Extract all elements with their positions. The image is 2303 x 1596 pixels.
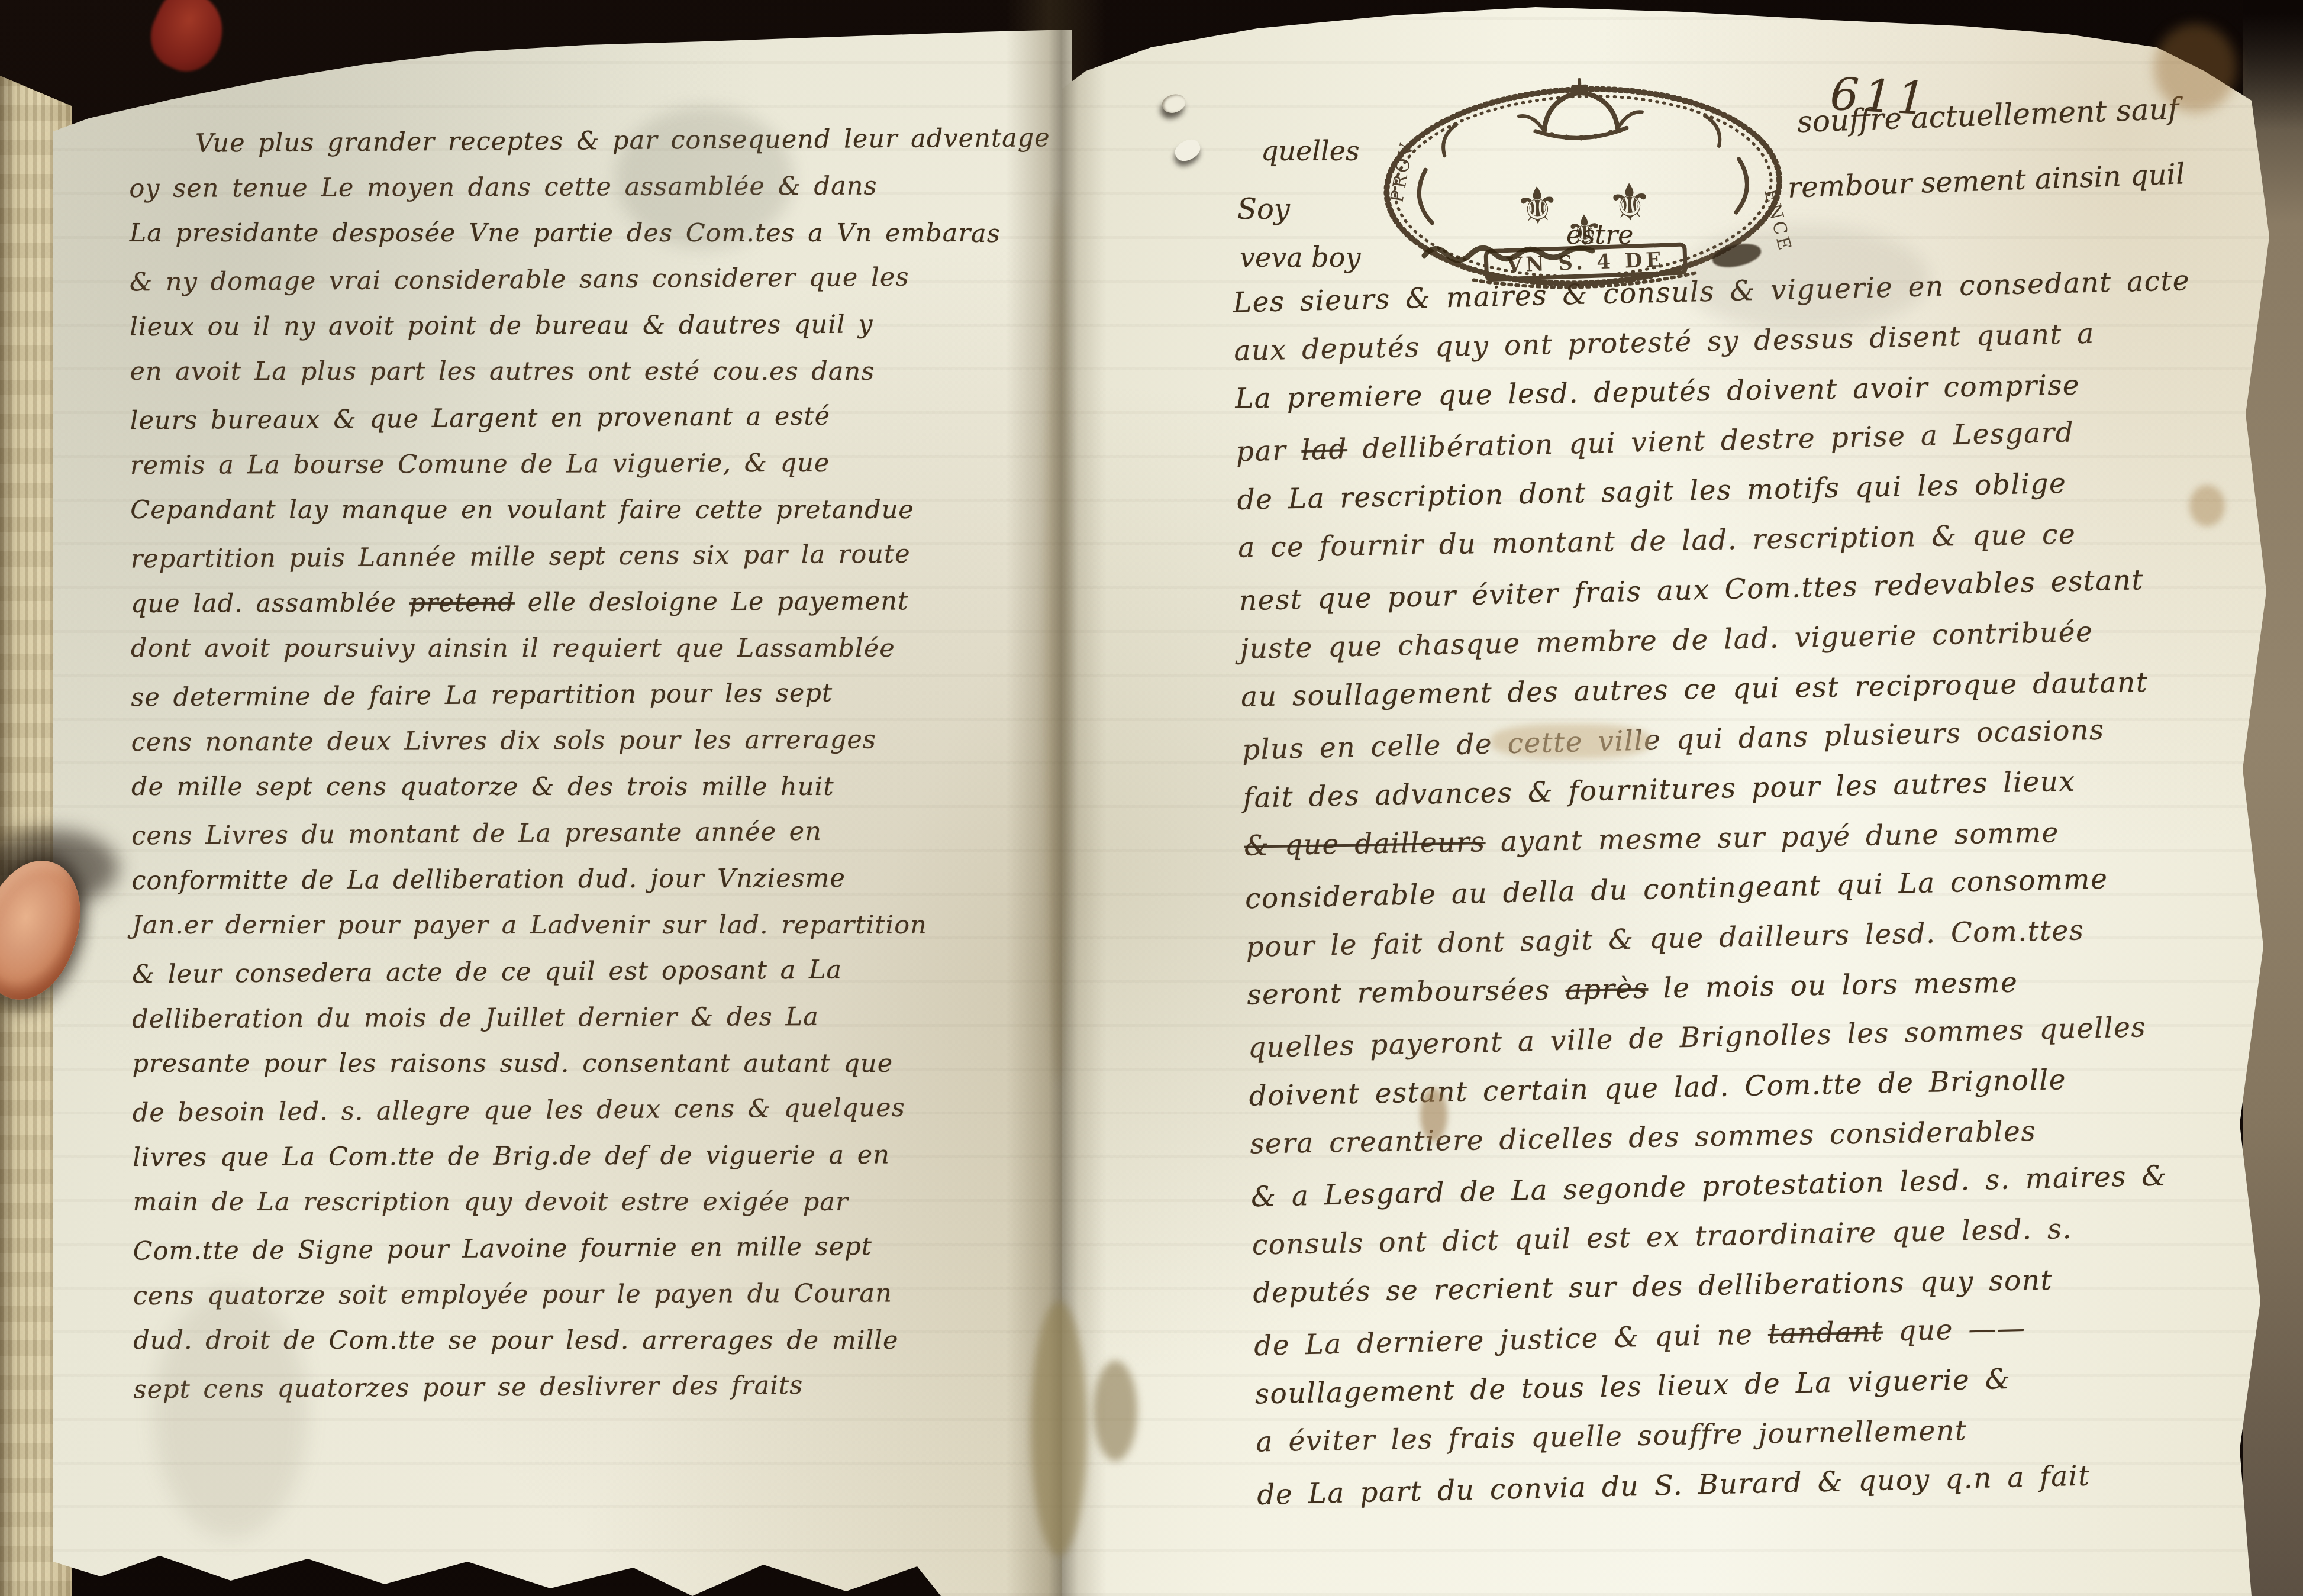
manuscript-line: Jan.er dernier pour payer a Ladvenir sur… [132,902,1053,949]
manuscript-line: en avoit La plus part les autres ont est… [130,348,1051,395]
manuscript-line: main de La rescription quy devoit estre … [133,1179,1054,1226]
manuscript-line: repartition puis Lannée mille sept cens … [130,530,1051,582]
manuscript-line: se determine de faire La repartition pou… [131,668,1052,721]
manuscript-line: & leur consedera acte de ce quil est opo… [132,945,1053,997]
manuscript-line: Com.tte de Signe pour Lavoine fournie en… [133,1222,1054,1274]
manuscript-line: delliberation du mois de Juillet dernier… [132,993,1053,1042]
manuscript-photo: Vue plus grander receptes & par conseque… [0,0,2303,1596]
right-page[interactable]: 611 ⚜ ⚜ ⚜ VN S. 4 D [1062,0,2303,1596]
fleur-de-lis-icon: ⚜ [1514,176,1562,237]
left-page[interactable]: Vue plus grander receptes & par conseque… [53,30,1072,1596]
ink-scribble [1421,235,1598,273]
gutter-stain [1031,1301,1087,1556]
manuscript-line: sept cens quatorzes pour se deslivrer de… [133,1361,1054,1413]
manuscript-line: & ny domage vrai considerable sans consi… [130,253,1051,305]
manuscript-line: que lad. assamblée pretend elle desloign… [131,578,1052,627]
gutter-stain [1094,1361,1137,1461]
manuscript-line: cens nonante deux Livres dix sols pour l… [131,716,1053,765]
manuscript-line: La presidante desposée Vne partie des Co… [130,210,1051,257]
right-page-text: Les sieurs & maires & consuls & viguerie… [1233,258,2214,1519]
manuscript-line: Cepandant lay manque en voulant faire ce… [130,487,1051,534]
manuscript-line: leurs bureaux & que Largent en provenant… [130,392,1051,444]
manuscript-line: cens quatorze soit employée pour le paye… [133,1270,1054,1319]
manuscript-line: lieux ou il ny avoit point de bureau & d… [130,301,1051,350]
manuscript-line: dont avoit poursuivy ainsin il requiert … [131,625,1052,672]
gutter-stain [1045,195,1071,1083]
stamp-border-text-left: PROV [1386,140,1418,204]
red-ribbon-fragment [140,0,235,82]
manuscript-line: de mille sept cens quatorze & des trois … [131,764,1053,810]
manuscript-line: dud. droit de Com.tte se pour lesd. arre… [133,1317,1054,1364]
manuscript-line: conformitte de La delliberation dud. jou… [131,855,1053,904]
left-page-text: Vue plus grander receptes & par conseque… [129,117,1054,1411]
manuscript-line: cens Livres du montant de La presante an… [131,807,1053,859]
manuscript-line: Vue plus grander receptes & par conseque… [129,115,1050,167]
manuscript-line: de besoin led. s. allegre que les deux c… [133,1084,1054,1136]
margin-note: Soy [1237,193,1290,226]
margin-note: veva boy [1240,241,1360,273]
manuscript-line: oy sen tenue Le moyen dans cette assambl… [129,163,1050,212]
margin-note: quelles [1261,135,1360,167]
margin-note: rembour sement ainsin quil [1787,157,2185,204]
manuscript-line: livres que La Com.tte de Brig.de def de … [133,1132,1054,1181]
manuscript-line: presante pour les raisons susd. consenta… [133,1041,1054,1087]
manuscript-line: remis a La bourse Comune de La viguerie,… [130,440,1051,489]
